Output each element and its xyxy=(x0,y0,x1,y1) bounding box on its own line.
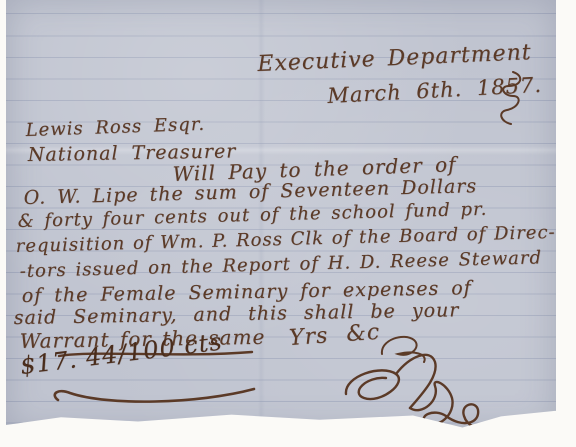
date-bracket-flourish xyxy=(487,68,527,128)
scanned-document: Executive Department March 6th. 1857. Le… xyxy=(0,0,576,447)
signature-flourish xyxy=(338,342,510,434)
amount-underline-flourish xyxy=(48,386,260,406)
addressee-name: Lewis Ross Esqr. xyxy=(25,114,205,141)
manuscript-paper: Executive Department March 6th. 1857. Le… xyxy=(6,0,556,431)
